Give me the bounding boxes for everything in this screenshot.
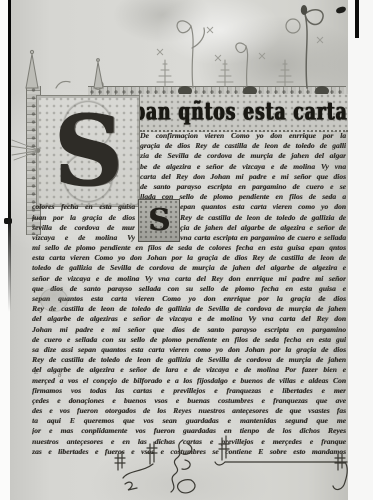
text-line: mi sello de plomo pendiente en filos de … — [32, 243, 346, 253]
text-line: zia de Sevilla de cordova de murçia de j… — [32, 151, 346, 161]
margin-mark: E — [34, 368, 38, 376]
text-line: carta del Rey don Johan mi padre e mi se… — [32, 172, 346, 182]
text-line: firmamos vos todas las cartas e preville… — [32, 386, 346, 396]
manuscript-page: S epan qñtos esta carta đ De confirmaçio… — [10, 0, 348, 500]
text-line: Johan mi padre e mi señor que dios de sa… — [32, 325, 346, 335]
text-line: be de algezira e señor de vizcaya e de m… — [32, 162, 346, 172]
film-edge-notch — [4, 218, 12, 224]
parchment-stain — [40, 288, 68, 312]
text-line: sepan quantos esta carta vieren Como yo … — [32, 294, 346, 304]
heading-band: epan qñtos esta carta đ — [140, 94, 348, 132]
margin-fan-mark — [10, 136, 44, 166]
text-line: merçed a vos el conçejo de bilforado e a… — [32, 376, 346, 386]
text-line: llada con sello de plomo pendiente en fi… — [32, 192, 346, 202]
manuscript-photo: S epan qñtos esta carta đ De confirmaçio… — [0, 0, 373, 500]
heading-text: epan qñtos esta carta đ — [140, 98, 348, 127]
margin-mark: 8 — [58, 371, 62, 379]
spire-pinnacles — [26, 50, 103, 88]
text-line-wrap: sevilla de cordova de murçia de jahen de… — [32, 223, 346, 233]
text-line: del algarbe de algeziras e señor de vizc… — [32, 314, 346, 324]
margin-black-line — [355, 0, 359, 38]
text-line-wrap: vizcaya e de molina Vyvna carta escripta… — [32, 233, 346, 243]
text-line-right: vna carta escripta en pargamino de cuero… — [180, 233, 346, 243]
text-line: del algarbe de algezira e señor de lara … — [32, 365, 346, 375]
text-line-left: juan por la graçia de dios — [32, 213, 135, 223]
text-line: Rey de castilla de leon de toledo de gal… — [32, 304, 346, 314]
text-line: des e vos fueron otorgados de los Reyes … — [32, 406, 346, 416]
inset-initial: S — [138, 199, 180, 242]
text-line: çedes e donaçiones e buenos vsos e buena… — [32, 396, 346, 406]
text-line: esta carta vieren Como yo don Johan por … — [32, 253, 346, 263]
text-line: De confirmaçion vieren Como yo don enrri… — [32, 131, 346, 141]
text-line-left: vizcaya e de molina Vy — [32, 233, 135, 243]
text-line-right: çia de jahen del algarbe de algezira e s… — [180, 223, 346, 233]
text-line-wrap: colores fecha en esta guisaepan quantos … — [32, 202, 346, 212]
rubric-signature-flourish — [95, 432, 355, 498]
text-line: toledo de gallizia de Sevilla de cordova… — [32, 263, 346, 273]
text-line: de santo parayso escripta en pargamino d… — [32, 182, 346, 192]
text-line: graçia de dios Rey de castilla de leon d… — [32, 141, 346, 151]
inset-initial-letter: S — [148, 204, 170, 238]
text-line: ta aqui E queremos que vos sean guardada… — [32, 416, 346, 426]
text-line-right: epan quantos esta carta vieren como yo d… — [180, 202, 346, 212]
text-line: señor de vizcaya e de molina Vy vna cart… — [32, 274, 346, 284]
pen-flourish-decoration — [10, 0, 348, 96]
text-block: De confirmaçion vieren Como yo don enrri… — [32, 131, 346, 457]
text-line: que dios de santo parayso sellada con su… — [32, 284, 346, 294]
photo-right-margin — [348, 0, 373, 500]
film-edge-line — [8, 0, 11, 312]
text-line-wrap: juan por la graçia de diosRey de castill… — [32, 213, 346, 223]
text-line-left: colores fecha en esta guisa — [32, 202, 135, 212]
text-line-right: Rey de castilla de leon de toledo de gal… — [180, 213, 346, 223]
text-line-left: sevilla de cordova de mur — [32, 223, 135, 233]
text-line: de cuero e sellada con su sello de plomo… — [32, 335, 346, 345]
text-line: sa dize assi sepan quantos esta carta vi… — [32, 345, 346, 355]
text-line: Rey de castilla de toledo de leon de gal… — [32, 355, 346, 365]
flourish-bud — [301, 5, 307, 15]
